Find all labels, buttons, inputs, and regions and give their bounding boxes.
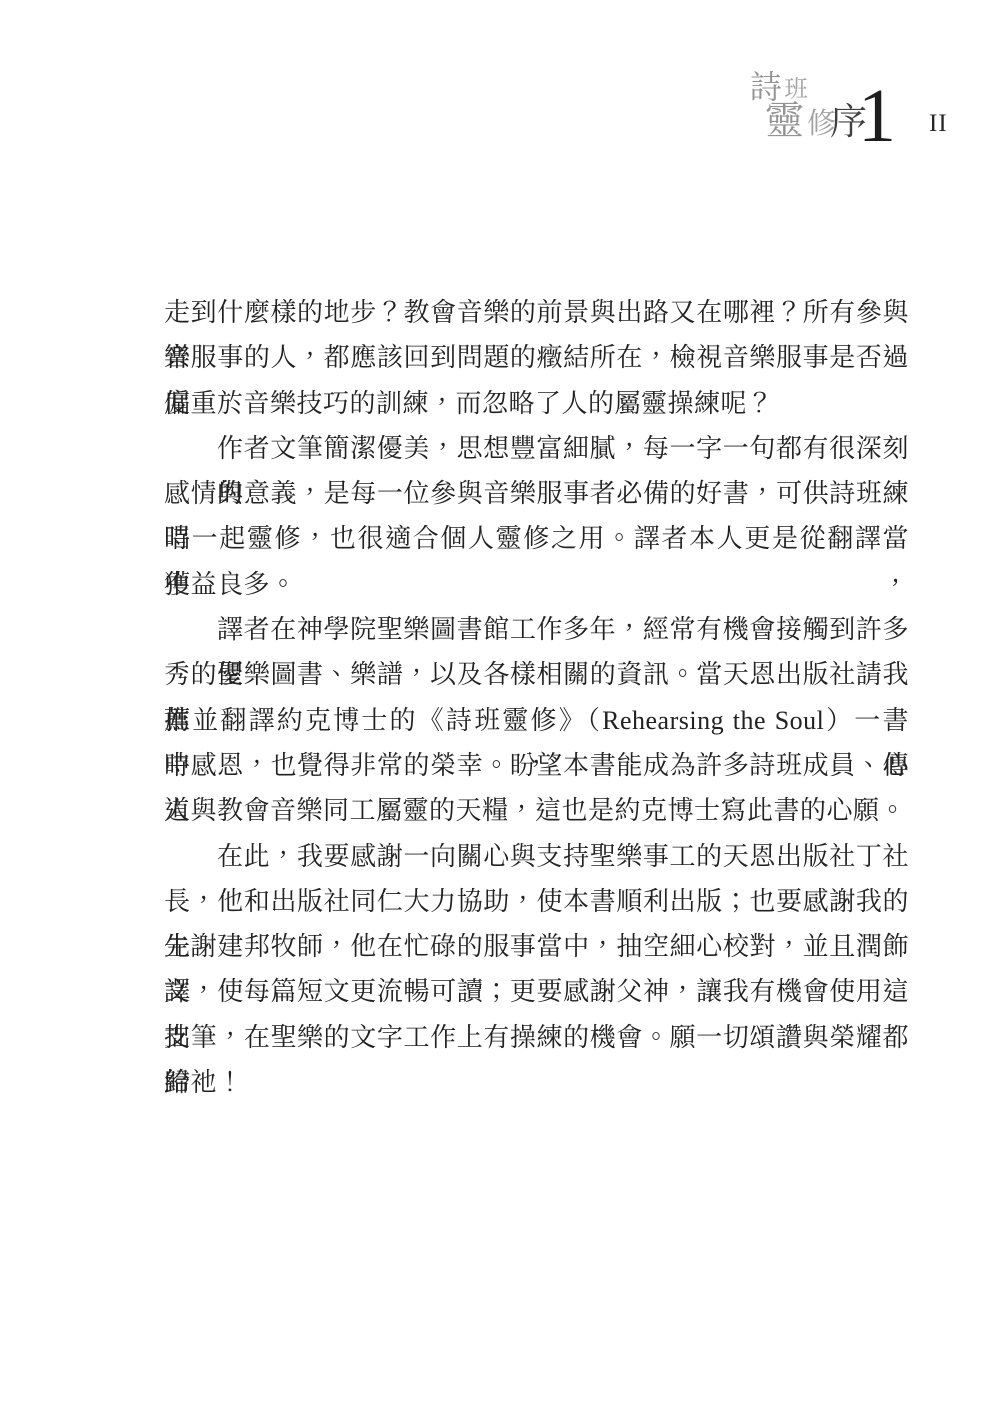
logo-title-char-ban: 班 (784, 78, 808, 102)
book-page: 詩 班 靈 修 序 1 II 走到什麼樣的地步？教會音樂的前景與出路又在哪裡？所… (0, 0, 1000, 1406)
text-line: 給祂！ (164, 1060, 909, 1105)
paragraph-3: 譯者在神學院聖樂圖書館工作多年，經常有機會接觸到許多優 秀的聖樂圖書、樂譜，以及… (164, 607, 909, 833)
text-line: 時一起靈修，也很適合個人靈修之用。譯者本人更是從翻譯當中， (164, 516, 909, 561)
text-line: 拙筆，在聖樂的文字工作上有操練的機會。願一切頌讚與榮耀都歸 (164, 1015, 909, 1060)
text-line: 感情與意義，是每一位參與音樂服事者必備的好書，可供詩班練唱 (164, 471, 909, 516)
text-line: 偏重於音樂技巧的訓練，而忽略了人的屬靈操練呢？ (164, 381, 909, 426)
section-label: 序 (830, 104, 867, 141)
text-line: 秀的聖樂圖書、樂譜，以及各樣相關的資訊。當天恩出版社請我推 (164, 652, 909, 697)
text-line: 文，使每篇短文更流暢可讀；更要感謝父神，讓我有機會使用這支 (164, 969, 909, 1014)
text-line: 作者文筆簡潔優美，思想豐富細膩，每一字一句都有很深刻的 (164, 426, 909, 471)
text-line: 人與教會音樂同工屬靈的天糧，這也是約克博士寫此書的心願。 (164, 788, 909, 833)
preface-body: 走到什麼樣的地步？教會音樂的前景與出路又在哪裡？所有參與音 樂服事的人，都應該回… (164, 290, 909, 1105)
logo-title-char-shi: 詩 (750, 71, 782, 103)
text-line: 薦並翻譯約克博士的《詩班靈修》（Rehearsing the Soul）一書時，… (164, 698, 909, 743)
section-number: 1 (858, 78, 896, 154)
paragraph-1: 走到什麼樣的地步？教會音樂的前景與出路又在哪裡？所有參與音 樂服事的人，都應該回… (164, 290, 909, 426)
text-line: 譯者在神學院聖樂圖書館工作多年，經常有機會接觸到許多優 (164, 607, 909, 652)
text-line: 樂服事的人，都應該回到問題的癥結所在，檢視音樂服事是否過度 (164, 335, 909, 380)
paragraph-2: 作者文筆簡潔優美，思想豐富細膩，每一字一句都有很深刻的 感情與意義，是每一位參與… (164, 426, 909, 607)
text-line: 生謝建邦牧師，他在忙碌的服事當中，抽空細心校對，並且潤飾譯 (164, 924, 909, 969)
logo-title-char-ling: 靈 (765, 102, 804, 141)
text-line: 在此，我要感謝一向關心與支持聖樂事工的天恩出版社丁社 (164, 834, 909, 879)
text-line: 中感恩，也覺得非常的榮幸。盼望本書能成為許多詩班成員、傳道 (164, 743, 909, 788)
logo-title-char-xiu: 修 (807, 110, 836, 139)
paragraph-4: 在此，我要感謝一向關心與支持聖樂事工的天恩出版社丁社 長，他和出版社同仁大力協助… (164, 834, 909, 1106)
text-line: 走到什麼樣的地步？教會音樂的前景與出路又在哪裡？所有參與音 (164, 290, 909, 335)
text-line: 長，他和出版社同仁大力協助，使本書順利出版；也要感謝我的先 (164, 879, 909, 924)
page-number: II (929, 111, 948, 136)
